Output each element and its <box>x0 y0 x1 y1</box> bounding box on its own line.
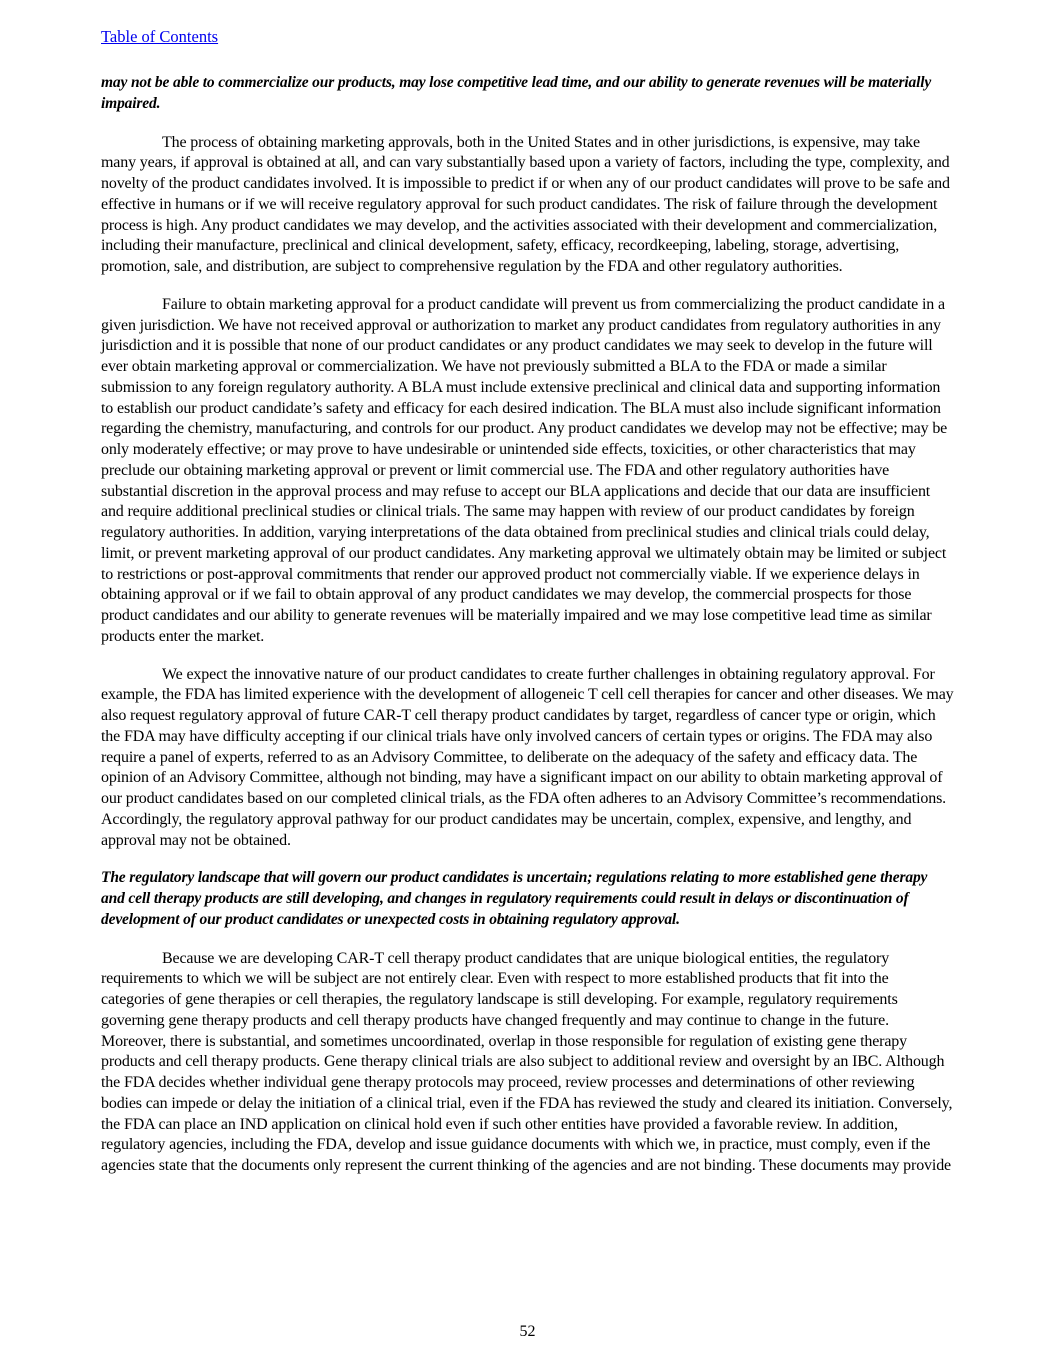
document-page: Table of Contents may not be able to com… <box>101 26 954 1177</box>
table-of-contents-link[interactable]: Table of Contents <box>101 26 218 48</box>
page-number: 52 <box>0 1322 1055 1342</box>
risk-heading-regulatory-landscape: The regulatory landscape that will gover… <box>101 868 954 930</box>
paragraph-innovative-nature-challenges: We expect the innovative nature of our p… <box>101 665 954 852</box>
paragraph-regulatory-requirements-unclear: Because we are developing CAR-T cell the… <box>101 949 954 1177</box>
paragraph-marketing-approval-process: The process of obtaining marketing appro… <box>101 133 954 278</box>
risk-heading-continued: may not be able to commercialize our pro… <box>101 73 954 115</box>
paragraph-failure-to-obtain-approval: Failure to obtain marketing approval for… <box>101 295 954 648</box>
